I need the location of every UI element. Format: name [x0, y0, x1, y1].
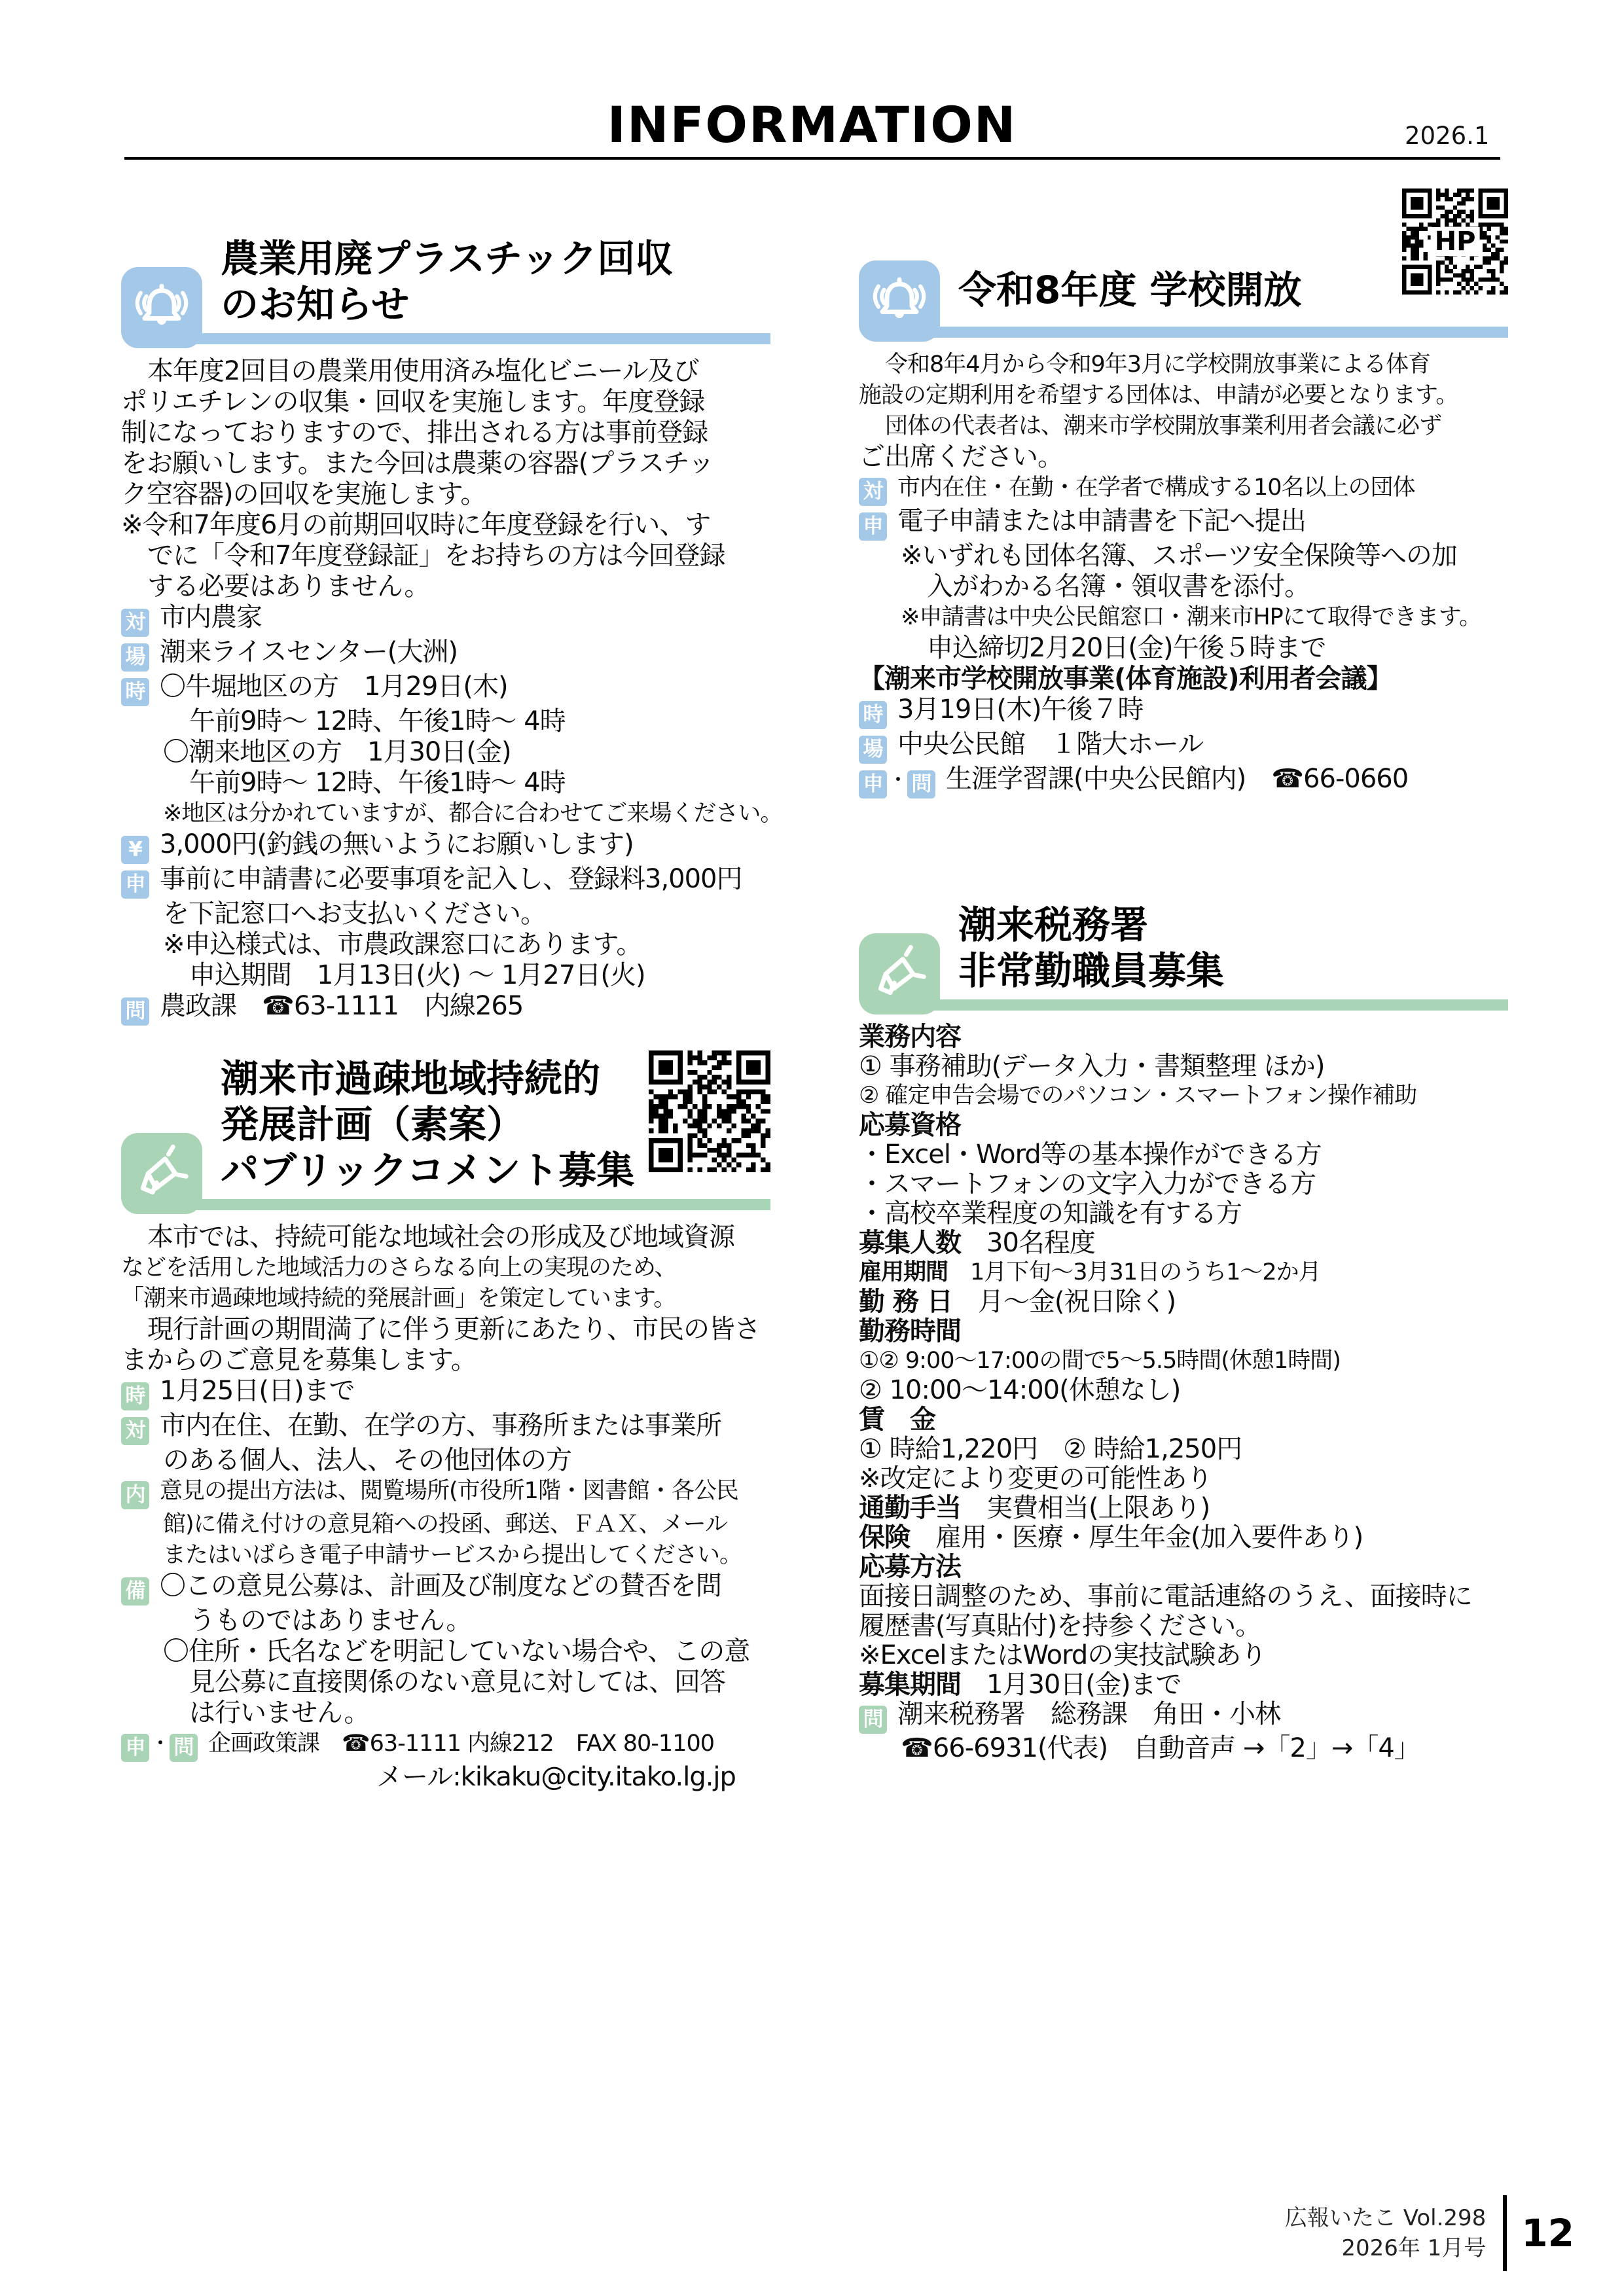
section-title-line: のお知らせ	[221, 281, 770, 327]
footer-divider	[1503, 2195, 1507, 2271]
line-text: 潮来税務署 総務課 角田・小林	[897, 1699, 1280, 1729]
section-body: 本年度2回目の農業用使用済み塩化ビニール及びポリエチレンの収集・回収を実施します…	[121, 356, 770, 1026]
label-badge-申: 申	[121, 1734, 149, 1762]
line-text: のある個人、法人、その他団体の方	[163, 1445, 571, 1475]
label-badge-申: 申	[859, 770, 887, 798]
body-line: 備〇この意見公募は、計画及び制度などの賛否を問	[121, 1571, 770, 1605]
section-header-bar	[924, 327, 1508, 338]
line-text: メール:kikaku@city.itako.lg.jp	[376, 1762, 736, 1792]
body-line: うものではありません。	[121, 1605, 770, 1636]
body-line: ①② 9:00〜17:00の間で5〜5.5時間(休憩1時間)	[859, 1346, 1508, 1376]
section-plastic: 農業用廃プラスチック回収のお知らせ本年度2回目の農業用使用済み塩化ビニール及びポ…	[121, 236, 770, 1026]
line-text: は行いません。	[189, 1698, 369, 1728]
body-line: ・高校卒業程度の知識を有する方	[859, 1199, 1508, 1229]
label-badge-場: 場	[121, 643, 149, 672]
body-line: 時1月25日(日)まで	[121, 1376, 770, 1410]
body-line: ※令和7年度6月の前期回収時に年度登録を行い、す	[121, 510, 770, 541]
label-badge-問: 問	[170, 1734, 198, 1762]
label-badge-備: 備	[121, 1577, 149, 1605]
section-body: 令和8年4月から令和9年3月に学校開放事業による体育施設の定期利用を希望する団体…	[859, 350, 1508, 798]
body-line: 問農政課 ☎63-1111 内線265	[121, 991, 770, 1026]
body-line: 業務内容	[859, 1022, 1508, 1052]
qr-code: HP	[1402, 188, 1508, 295]
line-text: 〇潮来地区の方 1月30日(金)	[163, 737, 511, 767]
line-text: 電子申請または申請書を下記へ提出	[897, 506, 1306, 536]
line-text: ① 事務補助(データ入力・書類整理 ほか)	[859, 1051, 1325, 1081]
body-line: ク空容器)の回収を実施します。	[121, 479, 770, 510]
body-line: 午前9時〜 12時、午後1時〜 4時	[121, 768, 770, 798]
body-line: 令和8年4月から令和9年3月に学校開放事業による体育	[859, 350, 1508, 380]
line-text: 応募資格	[859, 1110, 961, 1140]
line-text: 見公募に直接関係のない意見に対しては、回答	[189, 1667, 725, 1697]
label-badge-対: 対	[121, 609, 149, 637]
label-badge-時: 時	[121, 1382, 149, 1410]
badge-separator: ・	[890, 770, 906, 790]
body-line: 申事前に申請書に必要事項を記入し、登録料3,000円	[121, 864, 770, 899]
line-text: 1月30日(金)まで	[961, 1670, 1182, 1700]
line-text: ご出席ください。	[859, 442, 1063, 472]
line-text: 制になっておりますので、排出される方は事前登録	[121, 418, 708, 448]
line-text: 1月25日(日)まで	[160, 1376, 355, 1406]
publication-info: 広報いたこ Vol.298 2026年 1月号	[1285, 2203, 1486, 2263]
line-text: 月〜金(祝日除く)	[952, 1287, 1176, 1317]
body-line: を下記窓口へお支払いください。	[121, 899, 770, 929]
left-column: 農業用廃プラスチック回収のお知らせ本年度2回目の農業用使用済み塩化ビニール及びポ…	[121, 236, 770, 1793]
body-line: 申・問生涯学習課(中央公民館内) ☎66-0660	[859, 764, 1508, 798]
body-line: 入がわかる名簿・領収書を添付。	[859, 571, 1508, 602]
body-line: 通勤手当 実費相当(上限あり)	[859, 1494, 1508, 1523]
section-title-line: 潮来税務署	[958, 902, 1508, 948]
line-text: ※地区は分かれていますが、都合に合わせてご来場ください。	[163, 800, 782, 827]
line-text: 館)に備え付けの意見箱への投函、郵送、ＦＡＸ、メール	[163, 1511, 727, 1537]
line-text: 市内農家	[160, 602, 262, 632]
line-text: 現行計画の期間満了に伴う更新にあたり、市民の皆さ	[147, 1314, 760, 1344]
line-text: 午前9時〜 12時、午後1時〜 4時	[189, 768, 566, 798]
page-title: INFORMATION	[0, 96, 1624, 154]
label-badge-場: 場	[859, 736, 887, 764]
body-line: 現行計画の期間満了に伴う更新にあたり、市民の皆さ	[121, 1314, 770, 1345]
section-header: 令和8年度 学校開放HP	[859, 236, 1508, 340]
line-text: 農政課 ☎63-1111 内線265	[160, 991, 523, 1021]
body-line: ※地区は分かれていますが、都合に合わせてご来場ください。	[121, 798, 770, 829]
section-header-bar	[187, 333, 770, 344]
line-text: でに「令和7年度登録証」をお持ちの方は今回登録	[147, 541, 725, 571]
section-body: 本市では、持続可能な地域社会の形成及び地域資源などを活用した地域活力のさらなる向…	[121, 1222, 770, 1793]
body-line: メール:kikaku@city.itako.lg.jp	[121, 1762, 770, 1793]
line-text: 実費相当(上限あり)	[961, 1493, 1210, 1523]
body-line: ☎66-6931(代表) 自動音声 →「2」→「4」	[859, 1734, 1508, 1763]
section-title-line: 農業用廃プラスチック回収	[221, 236, 770, 281]
label-badge-問: 問	[859, 1706, 887, 1734]
line-text: 〇住所・氏名などを明記していない場合や、この意	[163, 1636, 749, 1666]
body-line: ・スマートフォンの文字入力ができる方	[859, 1170, 1508, 1199]
label-badge-時: 時	[859, 701, 887, 729]
line-text: 【潮来市学校開放事業(体育施設)利用者会議】	[859, 664, 1392, 694]
line-text: ① 時給1,220円 ② 時給1,250円	[859, 1434, 1242, 1464]
body-line: などを活用した地域活力のさらなる向上の実現のため、	[121, 1253, 770, 1283]
body-line: のある個人、法人、その他団体の方	[121, 1445, 770, 1476]
inline-heading: 募集人数	[859, 1228, 961, 1258]
body-line: ※申込様式は、市農政課窓口にあります。	[121, 929, 770, 960]
label-badge-申: 申	[859, 512, 887, 541]
line-text: 3,000円(釣銭の無いようにお願いします)	[160, 829, 634, 859]
body-line: またはいばらき電子申請サービスから提出してください。	[121, 1540, 770, 1571]
line-text: ポリエチレンの収集・回収を実施します。年度登録	[121, 387, 704, 417]
section-title: 農業用廃プラスチック回収のお知らせ	[221, 236, 770, 327]
body-line: 団体の代表者は、潮来市学校開放事業利用者会議に必ず	[859, 411, 1508, 442]
body-line: 対市内農家	[121, 602, 770, 637]
label-badge-問: 問	[907, 770, 935, 798]
line-text: 事前に申請書に必要事項を記入し、登録料3,000円	[160, 864, 742, 894]
line-text: 生涯学習課(中央公民館内) ☎66-0660	[946, 764, 1408, 794]
body-line: ¥3,000円(釣銭の無いようにお願いします)	[121, 829, 770, 864]
body-line: 申・問企画政策課 ☎63-1111 内線212 FAX 80-1100	[121, 1729, 770, 1762]
body-line: 面接日調整のため、事前に電話連絡のうえ、面接時に	[859, 1582, 1508, 1611]
label-badge-内: 内	[121, 1481, 149, 1509]
line-text: ①② 9:00〜17:00の間で5〜5.5時間(休憩1時間)	[859, 1348, 1341, 1374]
body-line: 履歴書(写真貼付)を持参ください。	[859, 1611, 1508, 1641]
inline-heading: 雇用期間	[859, 1259, 948, 1285]
body-line: 見公募に直接関係のない意見に対しては、回答	[121, 1667, 770, 1698]
line-text: する必要はありません。	[147, 571, 429, 601]
body-line: ご出席ください。	[859, 442, 1508, 473]
line-text: ② 確定申告会場でのパソコン・スマートフォン操作補助	[859, 1083, 1416, 1109]
line-text: 市内在住、在勤、在学の方、事務所または事業所	[160, 1410, 721, 1441]
line-text: ※いずれも団体名簿、スポーツ安全保険等への加	[901, 541, 1457, 571]
line-text: 申込締切2月20日(金)午後５時まで	[927, 633, 1326, 663]
page-footer: 広報いたこ Vol.298 2026年 1月号 12	[1285, 2195, 1574, 2271]
body-line: 対市内在住、在勤、在学の方、事務所または事業所	[121, 1410, 770, 1445]
line-text: 賃 金	[859, 1405, 935, 1435]
body-line: 本年度2回目の農業用使用済み塩化ビニール及び	[121, 356, 770, 387]
line-text: 潮来ライスセンター(大洲)	[160, 637, 458, 667]
line-text: 申込期間 1月13日(火) 〜 1月27日(火)	[189, 960, 645, 990]
line-text: 企画政策課 ☎63-1111 内線212 FAX 80-1100	[208, 1731, 714, 1757]
line-text: 午前9時〜 12時、午後1時〜 4時	[189, 706, 566, 736]
body-line: 場潮来ライスセンター(大洲)	[121, 637, 770, 672]
body-line: 対市内在住・在勤・在学者で構成する10名以上の団体	[859, 473, 1508, 506]
body-line: ・Excel・Word等の基本操作ができる方	[859, 1140, 1508, 1170]
body-line: ① 時給1,220円 ② 時給1,250円	[859, 1435, 1508, 1464]
section-body: 業務内容① 事務補助(データ入力・書類整理 ほか)② 確定申告会場でのパソコン・…	[859, 1022, 1508, 1763]
label-badge-申: 申	[121, 870, 149, 899]
line-text: 3月19日(木)午後７時	[897, 694, 1144, 725]
line-text: うものではありません。	[189, 1605, 471, 1636]
body-line: ② 確定申告会場でのパソコン・スマートフォン操作補助	[859, 1081, 1508, 1111]
section-title: 潮来税務署非常勤職員募集	[958, 898, 1508, 994]
section-header-bar	[924, 999, 1508, 1011]
line-text: ・スマートフォンの文字入力ができる方	[859, 1169, 1316, 1199]
line-text: 団体の代表者は、潮来市学校開放事業利用者会議に必ず	[885, 413, 1441, 439]
line-text: などを活用した地域活力のさらなる向上の実現のため、	[121, 1255, 677, 1281]
inline-heading: 勤 務 日	[859, 1287, 952, 1317]
line-text: 雇用・医療・厚生年金(加入要件あり)	[910, 1522, 1363, 1552]
body-line: 内意見の提出方法は、閲覧場所(市役所1階・図書館・各公民	[121, 1476, 770, 1509]
line-text: 令和8年4月から令和9年3月に学校開放事業による体育	[885, 351, 1430, 378]
label-badge-¥: ¥	[121, 836, 149, 864]
body-line: ※改定により変更の可能性あり	[859, 1464, 1508, 1494]
line-text: ク空容器)の回収を実施します。	[121, 479, 486, 509]
line-text: ※申請書は中央公民館窓口・潮来市HPにて取得できます。	[901, 604, 1481, 630]
body-line: は行いません。	[121, 1698, 770, 1729]
line-text: またはいばらき電子申請サービスから提出してください。	[163, 1542, 742, 1568]
line-text: 30名程度	[961, 1228, 1095, 1258]
section-tax: 潮来税務署非常勤職員募集業務内容① 事務補助(データ入力・書類整理 ほか)② 確…	[859, 898, 1508, 1763]
body-line: する必要はありません。	[121, 571, 770, 602]
line-text: 応募方法	[859, 1552, 961, 1582]
newsletter-page: INFORMATION 2026.1 農業用廃プラスチック回収のお知らせ本年度2…	[0, 0, 1624, 2296]
body-line: ① 事務補助(データ入力・書類整理 ほか)	[859, 1052, 1508, 1081]
line-text: ※申込様式は、市農政課窓口にあります。	[163, 929, 641, 960]
body-line: 勤務時間	[859, 1317, 1508, 1346]
body-line: 募集人数 30名程度	[859, 1229, 1508, 1258]
line-text: 勤務時間	[859, 1316, 961, 1346]
line-text: 履歴書(写真貼付)を持参ください。	[859, 1611, 1261, 1641]
line-text: 面接日調整のため、事前に電話連絡のうえ、面接時に	[859, 1581, 1472, 1611]
body-line: 雇用期間 1月下旬〜3月31日のうち1〜2か月	[859, 1258, 1508, 1287]
body-line: 本市では、持続可能な地域社会の形成及び地域資源	[121, 1222, 770, 1253]
line-text: を下記窓口へお支払いください。	[163, 899, 546, 929]
body-line: 制になっておりますので、排出される方は事前登録	[121, 418, 770, 448]
line-text: まからのご意見を募集します。	[121, 1345, 477, 1375]
inline-heading: 募集期間	[859, 1670, 961, 1700]
line-text: ② 10:00〜14:00(休憩なし)	[859, 1375, 1180, 1405]
body-line: 募集期間 1月30日(金)まで	[859, 1670, 1508, 1700]
body-line: でに「令和7年度登録証」をお持ちの方は今回登録	[121, 541, 770, 571]
page-number: 12	[1521, 2211, 1574, 2255]
line-text: 業務内容	[859, 1022, 961, 1052]
label-badge-対: 対	[859, 478, 887, 506]
body-line: をお願いします。また今回は農薬の容器(プラスチッ	[121, 448, 770, 479]
line-text: 本年度2回目の農業用使用済み塩化ビニール及び	[147, 356, 699, 386]
header-rule	[124, 157, 1500, 160]
publication-name: 広報いたこ Vol.298	[1285, 2203, 1486, 2233]
line-text: 〇牛堀地区の方 1月29日(木)	[160, 672, 508, 702]
body-line: 時3月19日(木)午後７時	[859, 694, 1508, 729]
body-line: ② 10:00〜14:00(休憩なし)	[859, 1376, 1508, 1405]
label-badge-問: 問	[121, 997, 149, 1026]
line-text: 〇この意見公募は、計画及び制度などの賛否を問	[160, 1571, 721, 1601]
body-line: 申込期間 1月13日(火) 〜 1月27日(火)	[121, 960, 770, 991]
line-text: 意見の提出方法は、閲覧場所(市役所1階・図書館・各公民	[160, 1478, 738, 1504]
body-line: 〇住所・氏名などを明記していない場合や、この意	[121, 1636, 770, 1667]
body-line: 館)に備え付けの意見箱への投函、郵送、ＦＡＸ、メール	[121, 1509, 770, 1540]
body-line: 申電子申請または申請書を下記へ提出	[859, 506, 1508, 541]
body-line: 施設の定期利用を希望する団体は、申請が必要となります。	[859, 380, 1508, 411]
body-line: まからのご意見を募集します。	[121, 1345, 770, 1376]
body-line: 午前9時〜 12時、午後1時〜 4時	[121, 706, 770, 737]
section-header: 潮来市過疎地域持続的発展計画（素案）パブリックコメント募集	[121, 1056, 770, 1213]
body-line: ※いずれも団体名簿、スポーツ安全保険等への加	[859, 541, 1508, 571]
line-text: をお願いします。また今回は農薬の容器(プラスチッ	[121, 448, 713, 478]
line-text: ※改定により変更の可能性あり	[859, 1463, 1212, 1494]
body-line: 賃 金	[859, 1405, 1508, 1435]
body-line: 【潮来市学校開放事業(体育施設)利用者会議】	[859, 664, 1508, 694]
right-column: 令和8年度 学校開放HP令和8年4月から令和9年3月に学校開放事業による体育施設…	[859, 236, 1508, 1763]
qr-hp-label: HP	[1431, 227, 1480, 256]
body-line: 応募資格	[859, 1111, 1508, 1140]
line-text: 中央公民館 １階大ホール	[897, 729, 1203, 759]
body-line: 勤 務 日 月〜金(祝日除く)	[859, 1287, 1508, 1317]
inline-heading: 保険	[859, 1522, 910, 1552]
inline-heading: 通勤手当	[859, 1493, 961, 1523]
body-line: 時〇牛堀地区の方 1月29日(木)	[121, 672, 770, 706]
body-line: 申込締切2月20日(金)午後５時まで	[859, 633, 1508, 664]
line-text: ・Excel・Word等の基本操作ができる方	[859, 1139, 1322, 1170]
line-text: ・高校卒業程度の知識を有する方	[859, 1198, 1242, 1229]
section-school: 令和8年度 学校開放HP令和8年4月から令和9年3月に学校開放事業による体育施設…	[859, 236, 1508, 798]
qr-code	[649, 1050, 770, 1172]
body-line: 「潮来市過疎地域持続的発展計画」を策定しています。	[121, 1283, 770, 1314]
body-line: ※申請書は中央公民館窓口・潮来市HPにて取得できます。	[859, 602, 1508, 633]
line-text: ※令和7年度6月の前期回収時に年度登録を行い、す	[121, 510, 710, 540]
body-line: 保険 雇用・医療・厚生年金(加入要件あり)	[859, 1523, 1508, 1552]
section-pubcom: 潮来市過疎地域持続的発展計画（素案）パブリックコメント募集本市では、持続可能な地…	[121, 1056, 770, 1793]
line-text: 市内在住・在勤・在学者で構成する10名以上の団体	[897, 475, 1415, 501]
body-line: 問潮来税務署 総務課 角田・小林	[859, 1700, 1508, 1734]
line-text: ※ExcelまたはWordの実技試験あり	[859, 1640, 1266, 1670]
line-text: 本市では、持続可能な地域社会の形成及び地域資源	[147, 1222, 734, 1252]
issue-date: 2026.1	[1405, 122, 1489, 150]
body-line: ポリエチレンの収集・回収を実施します。年度登録	[121, 387, 770, 418]
line-text: 「潮来市過疎地域持続的発展計画」を策定しています。	[121, 1285, 676, 1312]
body-line: 応募方法	[859, 1552, 1508, 1582]
section-header: 農業用廃プラスチック回収のお知らせ	[121, 236, 770, 347]
line-text: 1月下旬〜3月31日のうち1〜2か月	[948, 1259, 1321, 1285]
label-badge-時: 時	[121, 678, 149, 706]
line-text: 入がわかる名簿・領収書を添付。	[927, 571, 1310, 601]
body-line: 〇潮来地区の方 1月30日(金)	[121, 737, 770, 768]
section-title-line: 非常勤職員募集	[958, 948, 1508, 994]
section-header: 潮来税務署非常勤職員募集	[859, 898, 1508, 1013]
badge-separator: ・	[152, 1734, 168, 1753]
label-badge-対: 対	[121, 1417, 149, 1445]
line-text: 施設の定期利用を希望する団体は、申請が必要となります。	[859, 382, 1458, 408]
line-text: ☎66-6931(代表) 自動音声 →「2」→「4」	[901, 1733, 1420, 1763]
body-line: 場中央公民館 １階大ホール	[859, 729, 1508, 764]
body-line: ※ExcelまたはWordの実技試験あり	[859, 1641, 1508, 1670]
section-header-bar	[187, 1199, 770, 1210]
publication-edition: 2026年 1月号	[1285, 2233, 1486, 2263]
